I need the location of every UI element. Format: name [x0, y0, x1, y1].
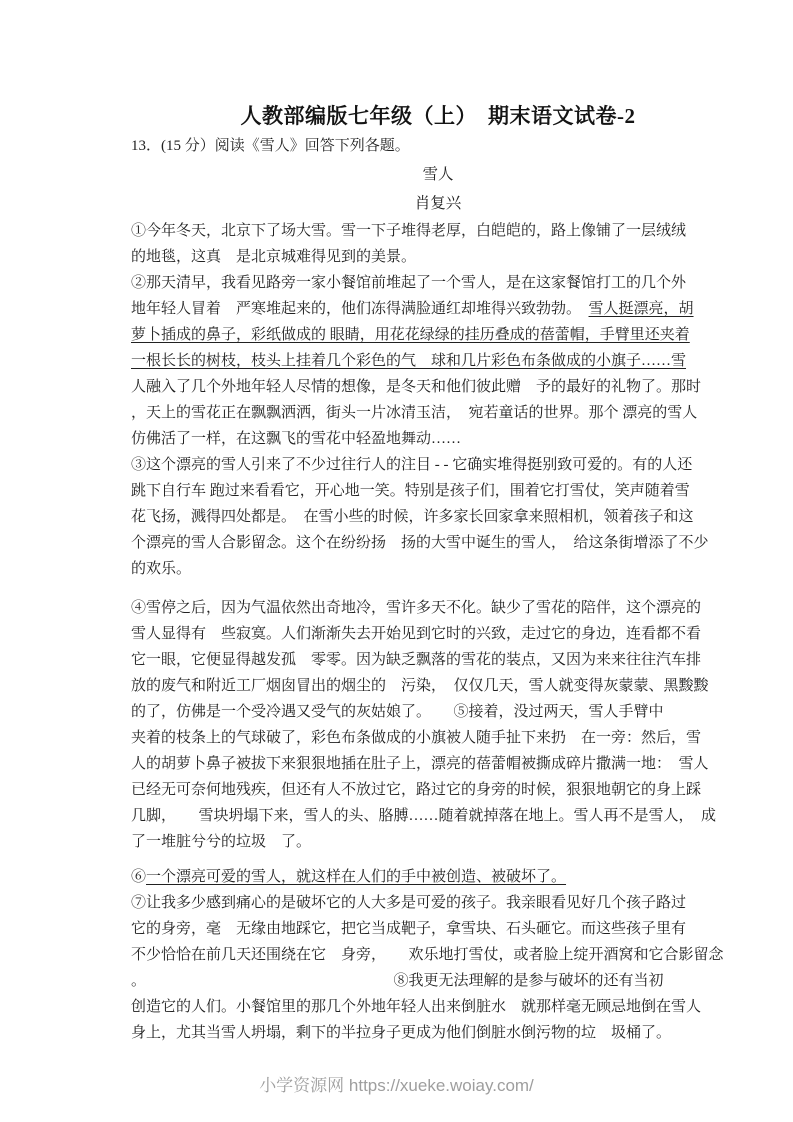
- essay-author: 肖复兴: [131, 191, 745, 213]
- text-line: 。 ⑧我更无法理解的是参与破坏的还有当初: [131, 968, 771, 994]
- text-line: 花飞扬，溅得四处都是。 在雪小些的时候，许多家长回家拿来照相机，领着孩子和这: [131, 504, 771, 530]
- text-line: 的了，仿佛是一个受冷遇又受气的灰姑娘了。 ⑤接着，没过两天，雪人手臂中: [131, 699, 771, 725]
- essay-title: 雪人: [131, 162, 745, 184]
- text-line: 创造它的人们。小餐馆里的那几个外地年轻人出来倒脏水 就那样毫无顾忌地倒在雪人: [131, 994, 771, 1020]
- page-title: 人教部编版七年级（上） 期末语文试卷-2: [131, 100, 745, 130]
- paragraph-block: ⑥一个漂亮可爱的雪人，就这样在人们的手中被创造、被破坏了。: [131, 864, 771, 890]
- text-line: 已经无可奈何地残疾，但还有人不放过它，路过它的身旁的时候，狠狠地朝它的身上踩: [131, 777, 771, 803]
- underlined-text: 萝卜插成的鼻子，彩纸做成的 眼睛，用花花绿绿的挂历叠成的蓓蕾帽，手臂里还夹着: [131, 327, 690, 343]
- text-line: 身上，尤其当雪人坍塌，剩下的半拉身子更成为他们倒脏水倒污物的垃 圾桶了。: [131, 1020, 771, 1046]
- text-line: 放的废气和附近工厂烟囱冒出的烟尘的 污染， 仅仅几天，雪人就变得灰蒙蒙、黑黢黢: [131, 673, 771, 699]
- text-line: ③这个漂亮的雪人引来了不少过往行人的注目 - - 它确实堆得挺别致可爱的。有的人…: [131, 452, 771, 478]
- essay-body: ①今年冬天，北京下了场大雪。雪一下子堆得老厚，白皑皑的，路上像铺了一层绒绒的地毯…: [131, 218, 771, 1046]
- paragraph-block: ③这个漂亮的雪人引来了不少过往行人的注目 - - 它确实堆得挺别致可爱的。有的人…: [131, 452, 771, 582]
- underlined-text: 一个漂亮可爱的雪人，就这样在人们的手中被创造、被破坏了。: [146, 869, 566, 885]
- text-line: 一根长长的树枝，枝头上挂着几个彩色的气 球和几片彩色布条做成的小旗子……雪: [131, 348, 771, 374]
- text-line: 仿佛活了一样，在这飘飞的雪花中轻盈地舞动……: [131, 426, 771, 452]
- text-line: 了一堆脏兮兮的垃圾 了。: [131, 829, 771, 855]
- text-line: ⑥一个漂亮可爱的雪人，就这样在人们的手中被创造、被破坏了。: [131, 864, 771, 890]
- text-line: ①今年冬天，北京下了场大雪。雪一下子堆得老厚，白皑皑的，路上像铺了一层绒绒: [131, 218, 771, 244]
- text-line: 跳下自行车 跑过来看看它，开心地一笑。特别是孩子们，围着它打雪仗，笑声随着雪: [131, 478, 771, 504]
- text-line: 雪人显得有 些寂寞。人们渐渐失去开始见到它时的兴致，走过它的身边，连看都不看: [131, 621, 771, 647]
- underlined-text: 一根长长的树枝，枝头上挂着几个彩色的气 球和几片彩色布条做成的小旗子……雪: [131, 353, 686, 369]
- text-line: 的欢乐。: [131, 556, 771, 582]
- text-line: 萝卜插成的鼻子，彩纸做成的 眼睛，用花花绿绿的挂历叠成的蓓蕾帽，手臂里还夹着: [131, 322, 771, 348]
- text-line: 人的胡萝卜鼻子被拔下来狠狠地插在肚子上，漂亮的蓓蕾帽被撕成碎片撒满一地： 雪人: [131, 751, 771, 777]
- text-line: 几脚， 雪块坍塌下来，雪人的头、胳膊……随着就掉落在地上。雪人再不是雪人， 成: [131, 803, 771, 829]
- underlined-text: 雪人挺漂亮，胡: [589, 301, 694, 317]
- text-line: ②那天清早，我看见路旁一家小餐馆前堆起了一个雪人，是在这家餐馆打工的几个外: [131, 270, 771, 296]
- paragraph-block: ④雪停之后，因为气温依然出奇地冷，雪许多天不化。缺少了雪花的陪伴，这个漂亮的雪人…: [131, 595, 771, 855]
- text-line: 个漂亮的雪人合影留念。这个在纷纷扬 扬的大雪中诞生的雪人， 给这条街增添了不少: [131, 530, 771, 556]
- question-number-line: 13．(15 分）阅读《雪人》回答下列各题。: [131, 134, 410, 155]
- text-line: ④雪停之后，因为气温依然出奇地冷，雪许多天不化。缺少了雪花的陪伴，这个漂亮的: [131, 595, 771, 621]
- text-line: 地年轻人冒着 严寒堆起来的，他们冻得满脸通红却堆得兴致勃勃。 雪人挺漂亮，胡: [131, 296, 771, 322]
- footer-watermark: 小学资源网 https://xueke.woiay.com/: [0, 1071, 793, 1096]
- text-line: 它的身旁，毫 无缘由地踩它，把它当成靶子，拿雪块、石头砸它。而这些孩子里有: [131, 916, 771, 942]
- text-line: 的地毯，这真 是北京城难得见到的美景。: [131, 244, 771, 270]
- text-line: 夹着的枝条上的气球破了，彩色布条做成的小旗被人随手扯下来扔 在一旁：然后，雪: [131, 725, 771, 751]
- paragraph-block: ②那天清早，我看见路旁一家小餐馆前堆起了一个雪人，是在这家餐馆打工的几个外地年轻…: [131, 270, 771, 452]
- paragraph-block: ①今年冬天，北京下了场大雪。雪一下子堆得老厚，白皑皑的，路上像铺了一层绒绒的地毯…: [131, 218, 771, 270]
- text-line: 不少恰恰在前几天还围绕在它 身旁， 欢乐地打雪仗，或者脸上绽开酒窝和它合影留念: [131, 942, 771, 968]
- text-line: 它一眼，它便显得越发孤 零零。因为缺乏飘落的雪花的装点，又因为来来往往汽车排: [131, 647, 771, 673]
- essay-lines: ①今年冬天，北京下了场大雪。雪一下子堆得老厚，白皑皑的，路上像铺了一层绒绒的地毯…: [131, 218, 771, 1046]
- text-line: 人融入了几个外地年轻人尽情的想像，是冬天和他们彼此赠 予的最好的礼物了。那时: [131, 374, 771, 400]
- paragraph-block: ⑦让我多少感到痛心的是破坏它的人大多是可爱的孩子。我亲眼看见好几个孩子路过它的身…: [131, 890, 771, 1046]
- text-line: ⑦让我多少感到痛心的是破坏它的人大多是可爱的孩子。我亲眼看见好几个孩子路过: [131, 890, 771, 916]
- text-line: ，天上的雪花正在飘飘洒洒，街头一片冰清玉洁， 宛若童话的世界。那个 漂亮的雪人: [131, 400, 771, 426]
